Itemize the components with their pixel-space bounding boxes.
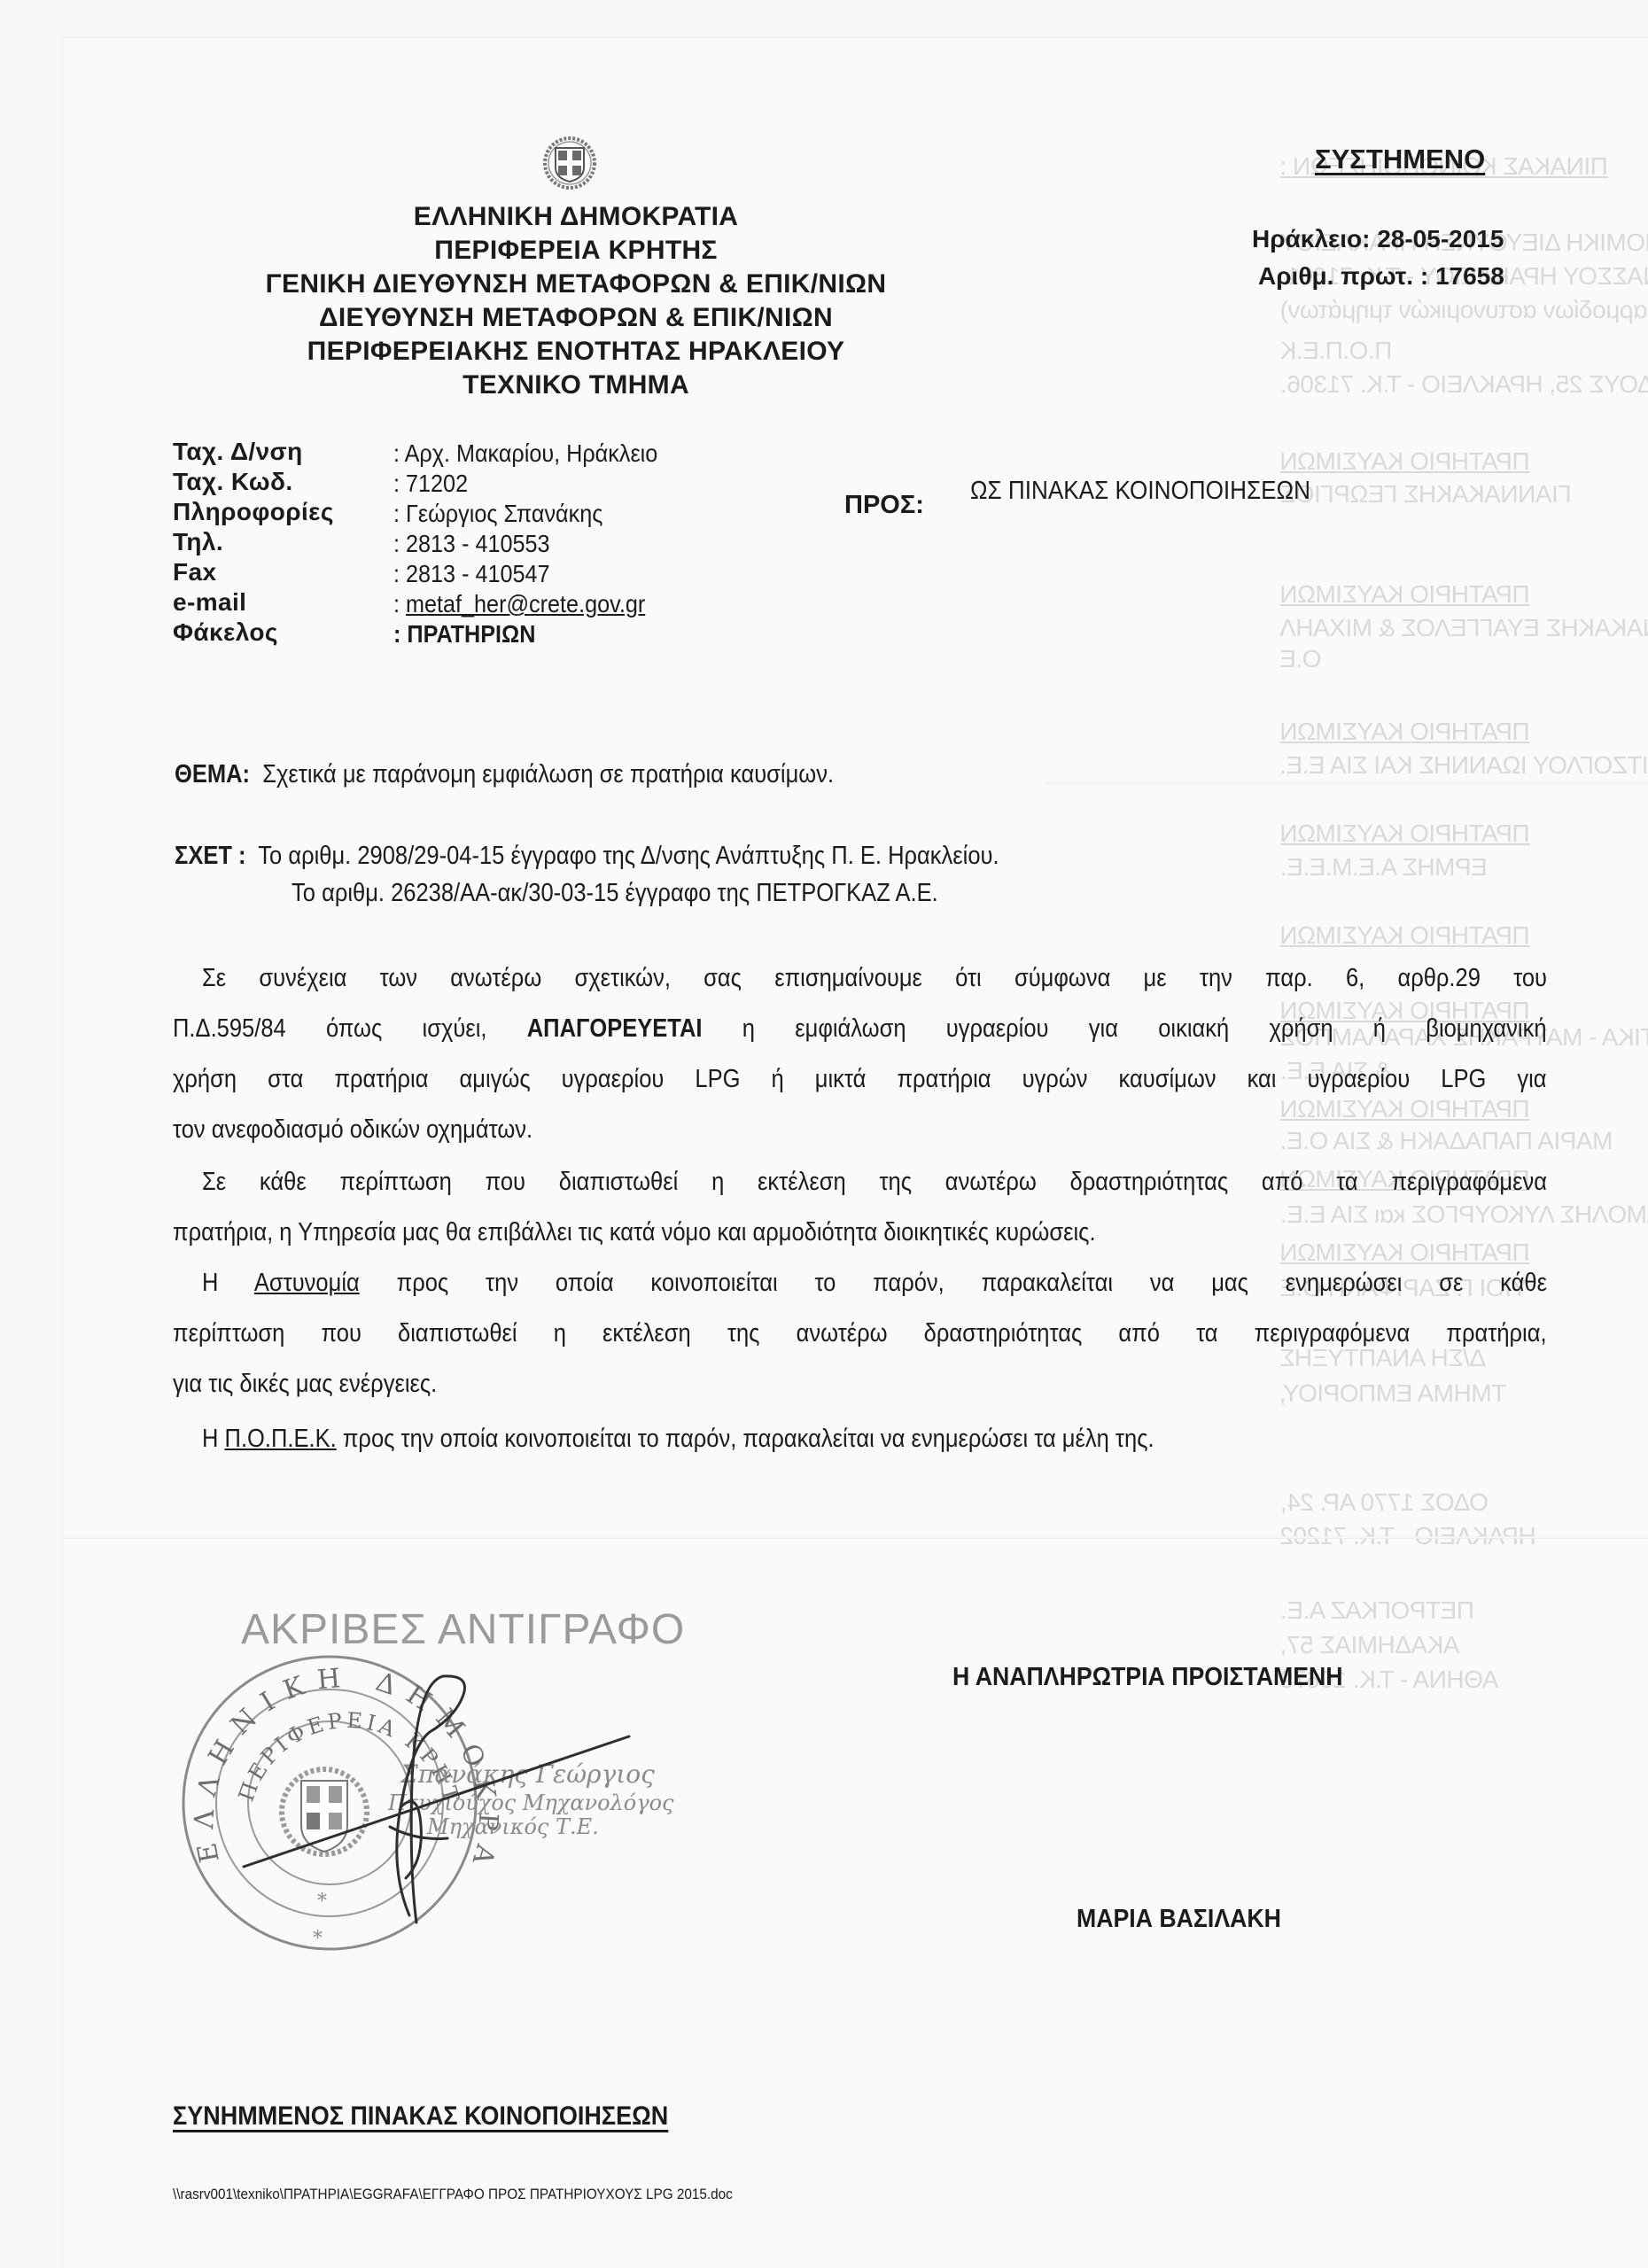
reference-item: Το αριθμ. 2908/29-04-15 έγγραφο της Δ/νσ… bbox=[258, 842, 999, 870]
official-seal-stamp: ΕΛΛΗΝΙΚΗ ΔΗΜΟΚΡΑΤΙΑ ΠΕΡΙΦΕΡΕΙΑ ΚΡΗΤΗΣ * … bbox=[168, 1648, 789, 1967]
paper-fold-line bbox=[1046, 781, 1648, 784]
signer-name: Σπανάκης Γεώργιος bbox=[400, 1759, 655, 1789]
body-line: Η Π.Ο.Π.Ε.Κ. προς την οποία κοινοποιείτα… bbox=[202, 1425, 1576, 1454]
show-through-text: ΟΔΟΣ 1770 ΑΡ. 24, bbox=[1280, 1488, 1488, 1517]
email-link[interactable]: metaf_her@crete.gov.gr bbox=[406, 590, 645, 617]
show-through-text: ΠΑΠΙΤΖΟΓΛΟΥ ΙΩΑΝΝΗΣ ΚΑΙ ΣΙΑ Ε.Ε. bbox=[1280, 751, 1648, 780]
body-text: η εμφιάλωση υγραερίου για οικιακή χρήση … bbox=[703, 1014, 1547, 1043]
contact-value: : 2813 - 410553 bbox=[393, 530, 550, 558]
protocol-number: Αριθμ. πρωτ. : 17658 bbox=[1258, 262, 1504, 291]
body-line: Σε συνέχεια των ανωτέρω σχετικών, σας επ… bbox=[202, 964, 1547, 993]
contact-label: Fax bbox=[173, 558, 216, 586]
header-line: ΤΕΧΝΙΚΟ ΤΜΗΜΑ bbox=[222, 369, 930, 402]
attachment-heading: ΣΥΝΗΜΜΕΝΟΣ ΠΙΝΑΚΑΣ ΚΟΙΝΟΠΟΙΗΣΕΩΝ bbox=[173, 2101, 668, 2132]
contact-value: : Γεώργιος Σπανάκης bbox=[393, 500, 602, 528]
body-line: Π.Δ.595/84 όπως ισχύει, ΑΠΑΓΟΡΕΥΕΤΑΙ η ε… bbox=[173, 1014, 1547, 1044]
contact-label: e-mail bbox=[173, 588, 246, 617]
body-text: προς την οποία κοινοποιείται το παρόν, π… bbox=[360, 1269, 1547, 1297]
show-through-text: ΓΙΑΝΝΑΚΑΚΗΣ ΕΥΑΓΓΕΛΟΣ & ΜΙΧΑΗΛ bbox=[1280, 614, 1648, 642]
show-through-text: ΠΡΑΤΗΡΙΟ ΚΑΥΣΙΜΩΝ bbox=[1280, 921, 1530, 950]
header-line: ΓΕΝΙΚΗ ΔΙΕΥΘΥΝΣΗ ΜΕΤΑΦΟΡΩΝ & ΕΠΙΚ/ΝΙΩΝ bbox=[222, 268, 930, 301]
contact-label: Ταχ. Δ/νση bbox=[173, 438, 303, 466]
svg-text:*: * bbox=[317, 1891, 327, 1913]
header-line: ΔΙΕΥΘΥΝΣΗ ΜΕΤΑΦΟΡΩΝ & ΕΠΙΚ/ΝΙΩΝ bbox=[222, 301, 930, 335]
header-line: ΠΕΡΙΦΕΡΕΙΑ ΚΡΗΤΗΣ bbox=[222, 234, 930, 268]
body-line: τον ανεφοδιασμό οδικών οχημάτων. bbox=[173, 1115, 1547, 1145]
show-through-text: ΠΡΑΤΗΡΙΟ ΚΑΥΣΙΜΩΝ bbox=[1280, 580, 1530, 609]
header-line: ΠΕΡΙΦΕΡΕΙΑΚΗΣ ΕΝΟΤΗΤΑΣ ΗΡΑΚΛΕΙΟΥ bbox=[222, 335, 930, 369]
recipient-label: ΠΡΟΣ: bbox=[844, 491, 924, 520]
reference-label: ΣΧΕΤ : bbox=[175, 842, 246, 870]
show-through-text: ΑΚΑΔΗΜΙΑΣ 57, bbox=[1280, 1631, 1459, 1659]
document-date: Ηράκλειο: 28-05-2015 bbox=[1252, 225, 1504, 253]
registered-mail-mark: ΣΥΣΤΗΜΕΝΟ bbox=[1315, 144, 1485, 175]
body-line: Σε κάθε περίπτωση που διαπιστωθεί η εκτέ… bbox=[202, 1168, 1547, 1197]
reference-item: Το αριθμ. 26238/ΑΑ-ακ/30-03-15 έγγραφο τ… bbox=[292, 879, 938, 908]
contact-label: Πληροφορίες bbox=[173, 498, 334, 526]
body-line: για τις δικές μας ενέργειες. bbox=[173, 1370, 1547, 1399]
contact-value-prefix: : bbox=[393, 590, 406, 617]
certified-copy-stamp-title: ΑΚΡΙΒΕΣ ΑΝΤΙΓΡΑΦΟ bbox=[241, 1605, 685, 1654]
body-line: Η Αστυνομία προς την οποία κοινοποιείται… bbox=[202, 1269, 1547, 1298]
show-through-text: ΓΙΑΝΝΑΚΑΚΗΣ ΓΕΩΡΓΙΟΣ bbox=[1280, 480, 1571, 509]
body-text: Η bbox=[202, 1425, 225, 1453]
body-line: πρατήρια, η Υπηρεσία μας θα επιβάλλει τι… bbox=[173, 1218, 1547, 1247]
contact-value: : 2813 - 410547 bbox=[393, 560, 550, 588]
body-line: περίπτωση που διαπιστωθεί η εκτέλεση της… bbox=[173, 1319, 1547, 1348]
show-through-text: ΠΡΑΤΗΡΙΟ ΚΑΥΣΙΜΩΝ bbox=[1280, 718, 1530, 746]
contact-label: Ταχ. Κωδ. bbox=[173, 468, 293, 496]
subject-label: ΘΕΜΑ: bbox=[175, 760, 250, 788]
contact-value: : ΠΡΑΤΗΡΙΩΝ bbox=[393, 620, 535, 649]
paper-fold-line bbox=[62, 1536, 1648, 1539]
body-text: Π.Δ.595/84 όπως ισχύει, bbox=[173, 1014, 527, 1043]
signer-title: Μηχανικός Τ.Ε. bbox=[426, 1814, 599, 1839]
show-through-text: ΠΕΤΡΟΓΚΑΖ Α.Ε. bbox=[1280, 1596, 1473, 1625]
body-text: προς την οποία κοινοποιείται το παρόν, π… bbox=[337, 1425, 1154, 1453]
header-line: ΕΛΛΗΝΙΚΗ ΔΗΜΟΚΡΑΤΙΑ bbox=[222, 200, 930, 234]
contact-value: : Αρχ. Μακαρίου, Ηράκλειο bbox=[393, 439, 657, 468]
signatory-title: Η ΑΝΑΠΛΗΡΩΤΡΙΑ ΠΡΟΙΣΤΑΜΕΝΗ bbox=[952, 1663, 1343, 1692]
show-through-text: Ο.Ε bbox=[1280, 645, 1322, 673]
popek-reference: Π.Ο.Π.Ε.Κ. bbox=[225, 1425, 337, 1453]
body-line: χρήση στα πρατήρια αμιγώς υγραερίου LPG … bbox=[173, 1065, 1547, 1094]
greek-coat-of-arms-icon bbox=[542, 136, 597, 190]
prohibited-emphasis: ΑΠΑΓΟΡΕΥΕΤΑΙ bbox=[527, 1014, 703, 1043]
show-through-text: Π.Ο.Π.Ε.Κ bbox=[1280, 337, 1392, 365]
issuer-header: ΕΛΛΗΝΙΚΗ ΔΗΜΟΚΡΑΤΙΑ ΠΕΡΙΦΕΡΕΙΑ ΚΡΗΤΗΣ ΓΕ… bbox=[222, 200, 930, 402]
show-through-text: ΑΡΧΙΜΗΔΟΥΣ 25, ΗΡΑΚΛΕΙΟ - Τ.Κ. 71306. bbox=[1280, 370, 1648, 399]
signatory-name: ΜΑΡΙΑ ΒΑΣΙΛΑΚΗ bbox=[1077, 1905, 1281, 1934]
police-reference: Αστυνομία bbox=[254, 1269, 360, 1297]
show-through-text: (προς ενημέρωση των αρμοδίων αστυνομικών… bbox=[1280, 296, 1648, 324]
body-text: Η bbox=[202, 1269, 254, 1297]
seal-coat-of-arms-icon bbox=[282, 1769, 367, 1854]
recipient-value: ΩΣ ΠΙΝΑΚΑΣ ΚΟΙΝΟΠΟΙΗΣΕΩΝ bbox=[970, 477, 1310, 506]
source-file-path: \\rasrv001\texniko\ΠΡΑΤΗΡΙΑ\EGGRAFA\ΕΓΓΡ… bbox=[173, 2186, 733, 2203]
subject-text: Σχετικά με παράνομη εμφιάλωση σε πρατήρι… bbox=[262, 760, 834, 788]
contact-label: Φάκελος bbox=[173, 618, 278, 647]
show-through-text: ΕΡΜΗΣ Α.Ε.Μ.Ε.Ε. bbox=[1280, 853, 1487, 882]
subject-line: ΘΕΜΑ: Σχετικά με παράνομη εμφιάλωση σε π… bbox=[175, 760, 834, 789]
contact-value: : 71202 bbox=[393, 470, 468, 498]
svg-text:*: * bbox=[313, 1928, 323, 1950]
show-through-text: ΠΡΑΤΗΡΙΟ ΚΑΥΣΙΜΩΝ bbox=[1280, 447, 1530, 476]
contact-value: : metaf_her@crete.gov.gr bbox=[393, 590, 645, 618]
contact-label: Τηλ. bbox=[173, 528, 223, 556]
show-through-text: ΠΡΑΤΗΡΙΟ ΚΑΥΣΙΜΩΝ bbox=[1280, 819, 1530, 848]
reference-line: ΣΧΕΤ : Το αριθμ. 2908/29-04-15 έγγραφο τ… bbox=[175, 842, 999, 871]
